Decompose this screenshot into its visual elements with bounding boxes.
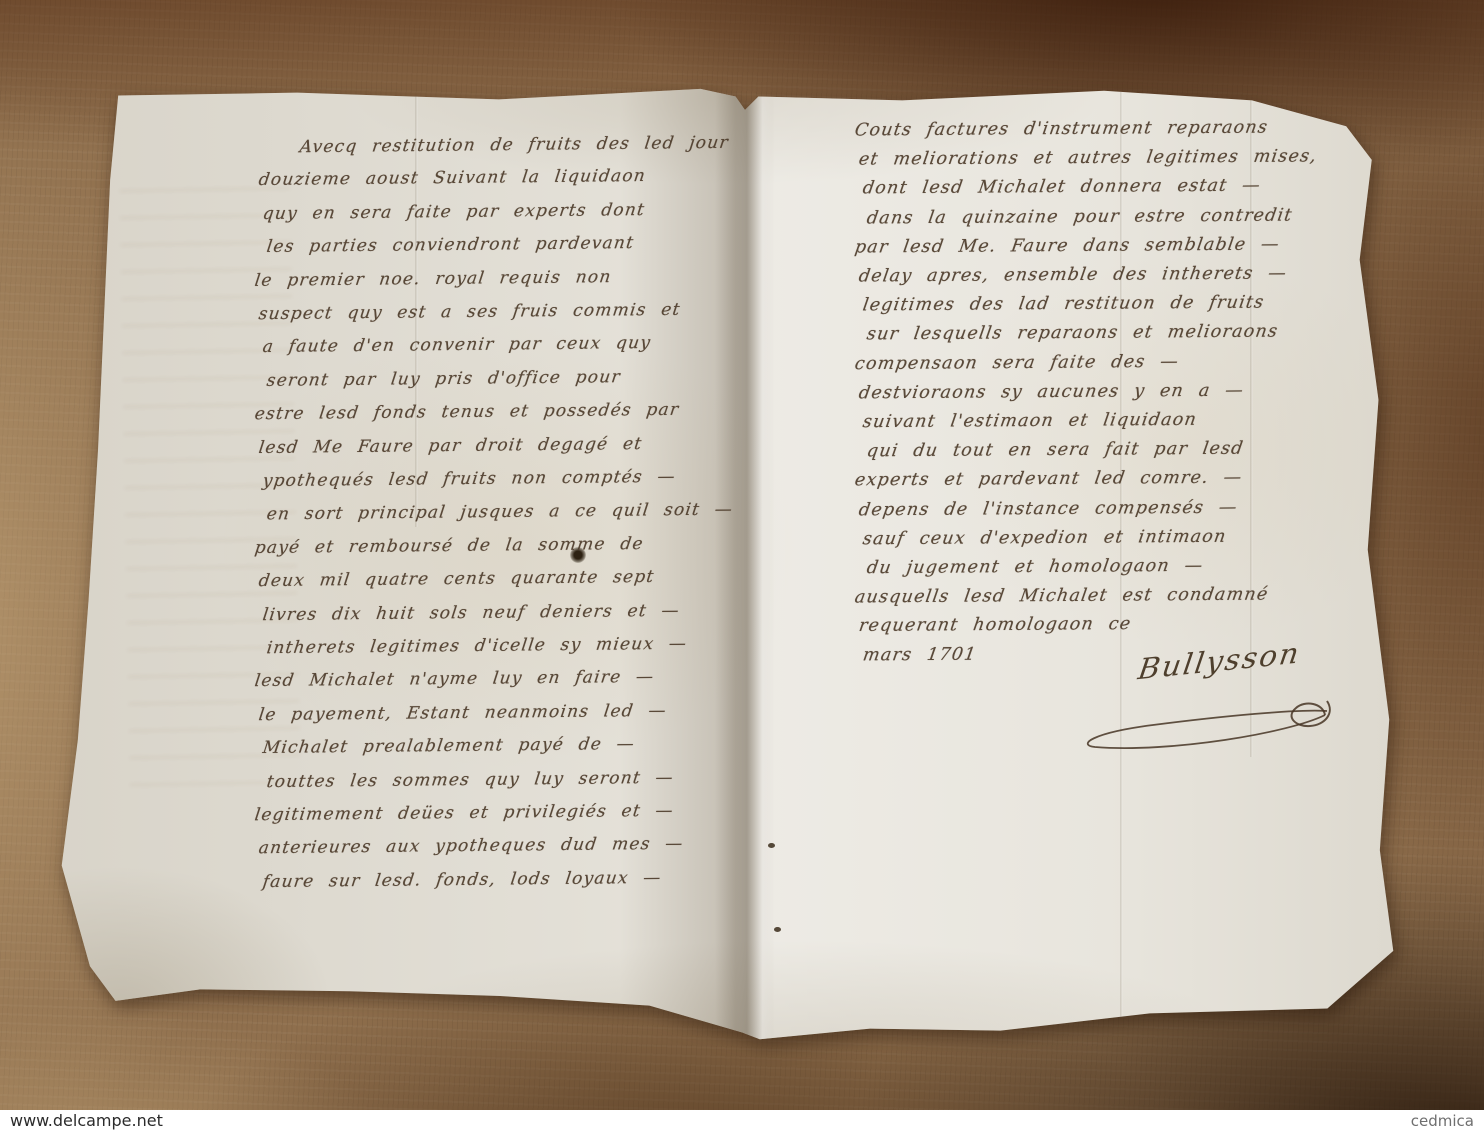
manuscript-line: faure sur lesd. fonds, lods loyaux — — [262, 870, 663, 891]
manuscript-line: sur lesquells reparaons et melioraons — [865, 324, 1279, 344]
manuscript-line: et meliorations et autres legitimes mise… — [857, 149, 1318, 170]
manuscript-line: experts et pardevant led comre. — — [853, 470, 1243, 490]
manuscript-line: quy en sera faite par experts dont — [262, 202, 647, 223]
manuscript-line: lesd Me Faure par droit degagé et — [258, 436, 644, 457]
manuscript-line: les parties conviendront pardevant — [266, 235, 636, 256]
manuscript-line: delay apres, ensemble des intherets — — [857, 266, 1288, 286]
manuscript-line: depens de l'instance compensés — — [857, 499, 1238, 519]
manuscript-line: Avecq restitution de fruits des led jour — [299, 135, 730, 156]
manuscript-line: dont lesd Michalet donnera estat — — [861, 178, 1262, 198]
manuscript-line: estre lesd fonds tenus et possedés par — [254, 402, 681, 423]
watermark-bar: www.delcampe.net cedmica — [0, 1110, 1484, 1132]
manuscript-line: suspect quy est a ses fruis commis et — [258, 302, 682, 323]
manuscript-line: requerant homologaon ce — [858, 616, 1133, 635]
manuscript-line: legitimes des lad restituon de fruits — [861, 295, 1265, 315]
manuscript-line: ausquells lesd Michalet est condamné — [853, 587, 1269, 607]
manuscript-line: ypothequés lesd fruits non comptés — — [262, 469, 677, 490]
manuscript-line: legitimement deües et privilegiés et — — [254, 803, 675, 824]
signature-paraph — [1075, 681, 1345, 771]
manuscript-line: compensaon sera faite des — — [854, 353, 1181, 373]
watermark-url: www.delcampe.net — [10, 1112, 163, 1130]
manuscript-line: dans la quinzaine pour estre contredit — [865, 207, 1293, 227]
manuscript-line: deux mil quatre cents quarante sept — [258, 569, 656, 590]
watermark-sitename: cedmica — [1411, 1113, 1474, 1130]
manuscript-line: payé et remboursé de la somme de — [254, 536, 645, 557]
manuscript-line: Couts factures d'instrument reparaons — [853, 120, 1269, 140]
manuscript-line: touttes les sommes quy luy seront — — [266, 769, 675, 790]
manuscript-line: le payement, Estant neanmoins led — — [258, 703, 668, 724]
manuscript-line: qui du tout en sera fait par lesd — [865, 441, 1244, 461]
manuscript-line: livres dix huit sols neuf deniers et — — [262, 602, 681, 623]
manuscript-line: suivant l'estimaon et liquidaon — [861, 412, 1198, 432]
stitch-hole — [774, 927, 781, 932]
manuscript-line: douzieme aoust Suivant la liquidaon — [258, 168, 647, 189]
manuscript-line: en sort principal jusques a ce quil soit… — [266, 502, 734, 524]
manuscript-line: sauf ceux d'expedion et intimaon — [861, 529, 1227, 549]
manuscript-line: intherets legitimes d'icelle sy mieux — — [266, 636, 689, 657]
manuscript-line: du jugement et homologaon — — [865, 558, 1204, 578]
manuscript-line: Michalet prealablement payé de — — [262, 736, 636, 757]
manuscript-line: le premier noe. royal requis non — [254, 269, 613, 290]
manuscript-paper: Avecq restitution de fruits des led jour… — [55, 85, 1400, 1045]
manuscript-line: a faute d'en convenir par ceux quy — [262, 335, 653, 356]
manuscript-line: lesd Michalet n'ayme luy en faire — — [254, 669, 656, 690]
right-page-text: Couts factures d'instrument reparaonset … — [855, 121, 1415, 721]
manuscript-line: anterieures aux ypotheques dud mes — — [258, 836, 685, 857]
manuscript-bifolium: Avecq restitution de fruits des led jour… — [55, 85, 1400, 1045]
left-page-text: Avecq restitution de fruits des led jour… — [255, 137, 775, 927]
manuscript-line: destvioraons sy aucunes y en a — — [857, 382, 1245, 402]
manuscript-line: mars 1701 — [862, 646, 978, 664]
manuscript-line: par lesd Me. Faure dans semblable — — [853, 236, 1281, 256]
photo-of-manuscript: Avecq restitution de fruits des led jour… — [0, 0, 1484, 1132]
manuscript-line: seront par luy pris d'office pour — [266, 369, 622, 390]
